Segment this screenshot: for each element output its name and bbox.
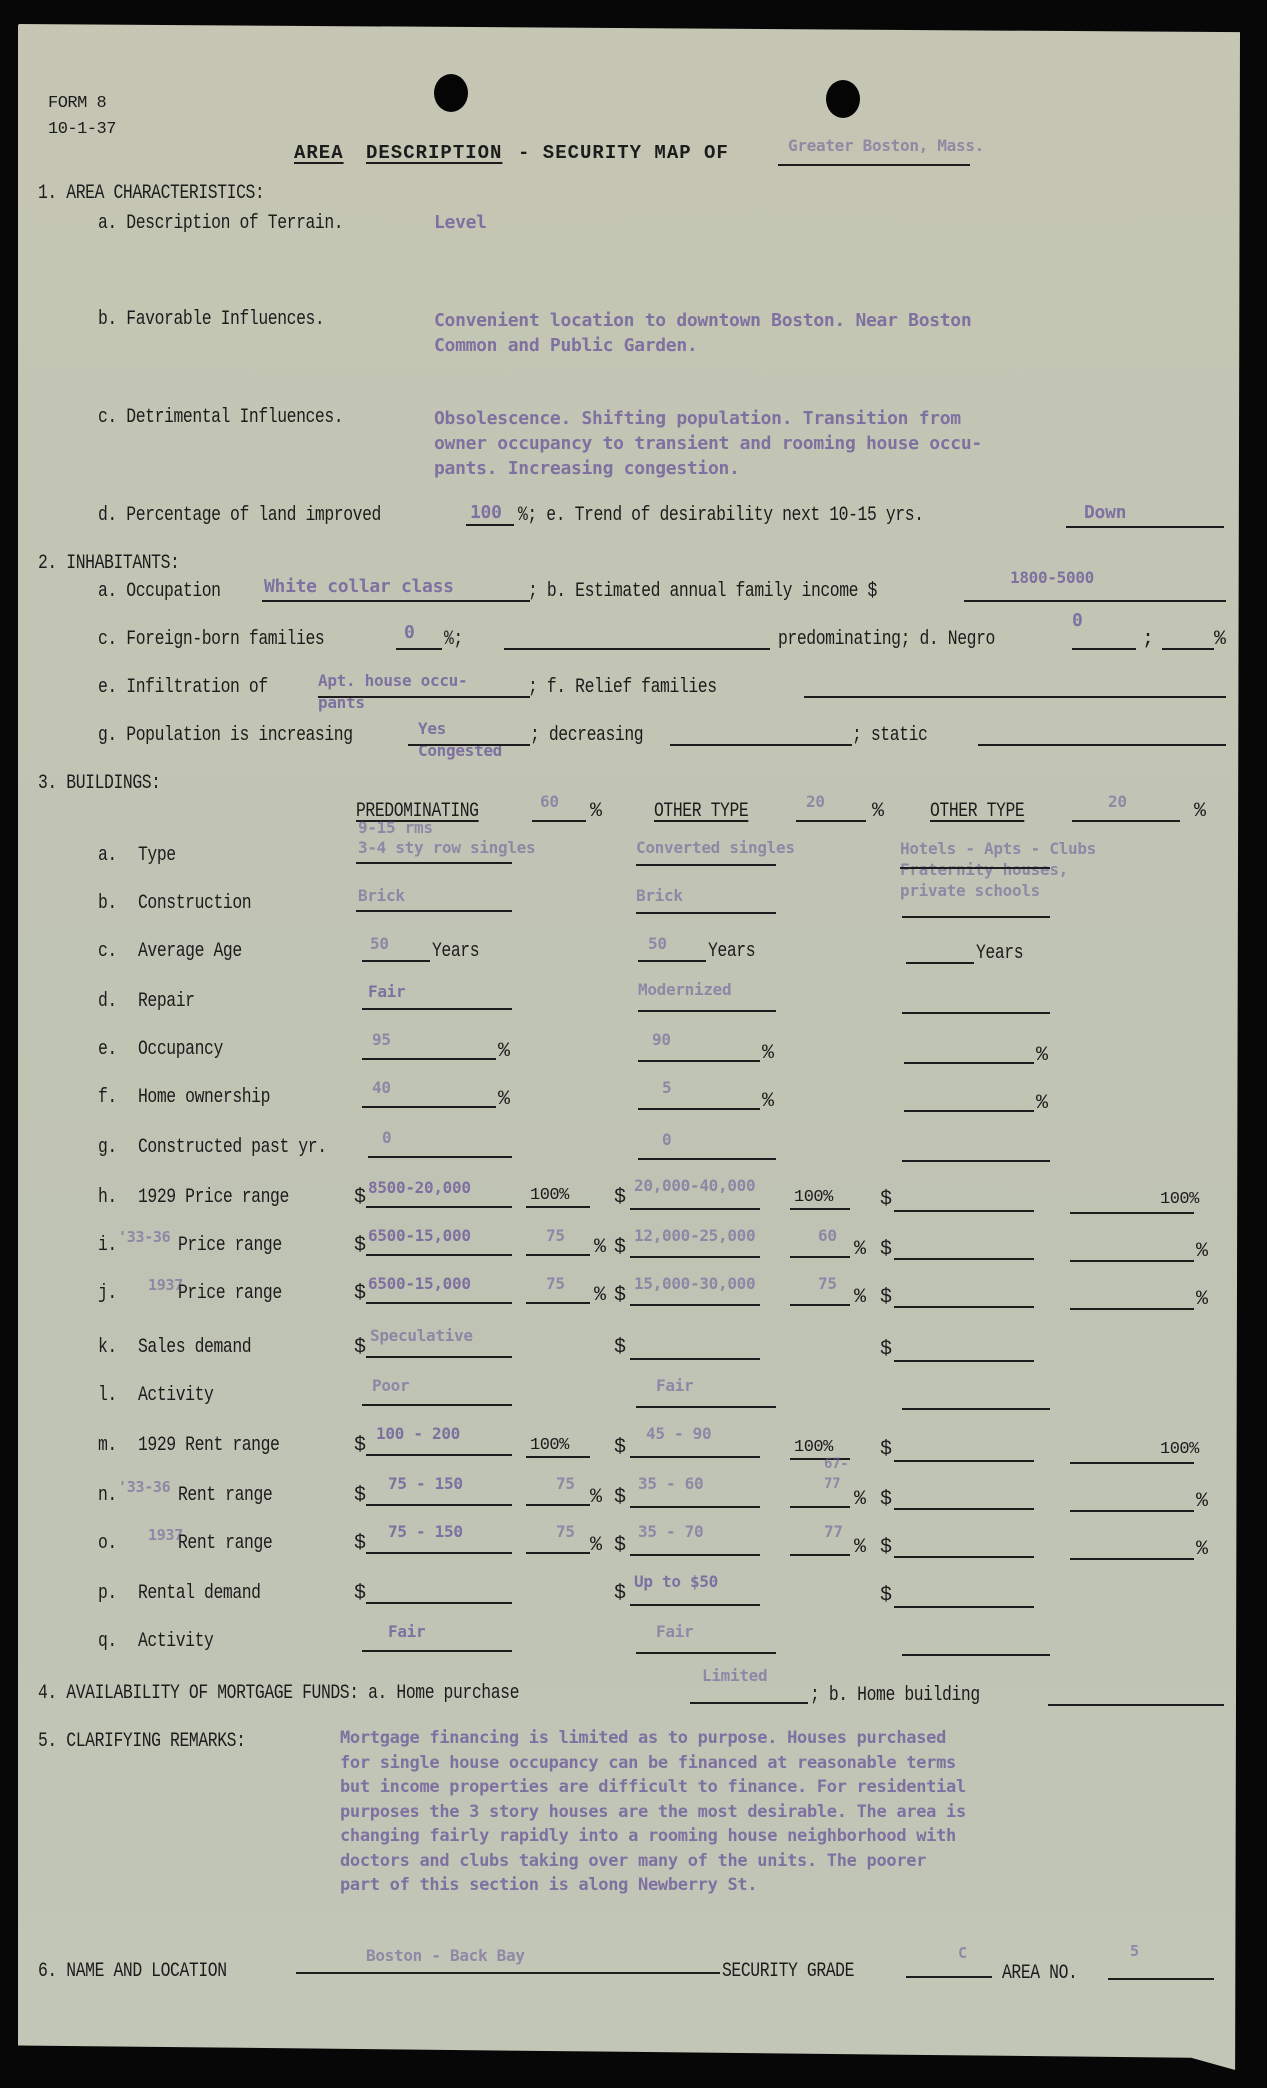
field-underline — [366, 1504, 512, 1506]
field-underline — [366, 1454, 512, 1456]
dollar-sign: $ — [354, 1582, 366, 1605]
field-underline — [630, 1304, 760, 1306]
field-underline — [526, 1504, 590, 1506]
dollar-sign: $ — [880, 1338, 892, 1361]
foreign-born-value[interactable]: 0 — [404, 622, 415, 643]
home-building-label: ; b. Home building — [810, 1684, 980, 1707]
construction-predominating[interactable]: Brick — [358, 886, 405, 905]
repair-predominating[interactable]: Fair — [368, 982, 405, 1001]
field-underline — [894, 1306, 1034, 1308]
row-letter: h. — [98, 1186, 117, 1209]
other-type-1-percent[interactable]: 20 — [806, 792, 825, 811]
name-location-value[interactable]: Boston - Back Bay — [366, 1946, 525, 1965]
row-letter: e. — [98, 1038, 117, 1061]
row-letter: d. — [98, 990, 117, 1013]
row-letter: b. — [98, 892, 117, 915]
static-underline — [978, 744, 1226, 746]
price-33-36-other-1-pct[interactable]: 60 — [818, 1226, 837, 1245]
pct-sign: % — [1196, 1288, 1208, 1311]
home-purchase-underline — [690, 1702, 808, 1704]
field-underline — [638, 1158, 776, 1160]
title-security-map: - SECURITY MAP OF — [518, 142, 729, 164]
rent-33-36-predominating[interactable]: 75 - 150 — [388, 1474, 463, 1493]
document-page: FORM 8 10-1-37 AREA DESCRIPTION - SECURI… — [18, 24, 1240, 2070]
population-label: g. Population is increasing — [98, 724, 353, 747]
row-letter: g. — [98, 1136, 117, 1159]
row-label-33-36-rent: Rent range — [178, 1484, 272, 1507]
field-underline — [630, 1506, 760, 1508]
row-label-rental-activity: Activity — [138, 1630, 213, 1653]
price-1929-other-2-pct: 100% — [1160, 1190, 1199, 1209]
pct-sign: % — [1194, 800, 1206, 823]
field-underline — [630, 1554, 760, 1556]
sales-demand-predominating[interactable]: Speculative — [370, 1326, 473, 1345]
static-label: ; static — [852, 724, 927, 747]
row-label-1937-price: Price range — [178, 1282, 282, 1305]
predominating-percent-underline — [532, 820, 586, 822]
security-grade-label: SECURITY GRADE — [722, 1960, 854, 1983]
row-label-1929-rent: 1929 Rent range — [138, 1434, 279, 1457]
rent-33-36-predominating-pct[interactable]: 75 — [556, 1474, 575, 1493]
field-underline — [630, 1256, 760, 1258]
row-label-repair: Repair — [138, 990, 195, 1013]
ownership-predominating[interactable]: 40 — [372, 1078, 391, 1097]
field-underline — [902, 916, 1050, 918]
field-underline — [900, 867, 1050, 869]
field-underline — [362, 1058, 496, 1060]
age-other-1[interactable]: 50 — [648, 934, 667, 953]
rent-1937-predominating-pct[interactable]: 75 — [556, 1522, 575, 1541]
dollar-sign: $ — [880, 1536, 892, 1559]
row-letter: a. — [98, 844, 117, 867]
income-value[interactable]: 1800-5000 — [1010, 568, 1094, 587]
negro-underline — [1072, 648, 1136, 650]
dollar-sign: $ — [880, 1188, 892, 1211]
dollar-sign: $ — [614, 1534, 626, 1557]
land-improved-label: d. Percentage of land improved — [98, 504, 381, 527]
field-underline — [1070, 1308, 1194, 1310]
row-letter: f. — [98, 1086, 117, 1109]
dollar-sign: $ — [614, 1336, 626, 1359]
negro-value[interactable]: 0 — [1072, 610, 1083, 631]
field-underline — [638, 1108, 760, 1110]
row-letter: q. — [98, 1630, 117, 1653]
predominating-negro-label: predominating; d. Negro — [778, 628, 995, 651]
section-2-heading: 2. INHABITANTS: — [38, 552, 179, 575]
rent-33-36-other-1-pct[interactable]: 67- 77 — [824, 1454, 848, 1494]
field-underline — [526, 1206, 590, 1208]
field-underline — [362, 1008, 512, 1010]
row-label-constructed: Constructed past yr. — [138, 1136, 327, 1159]
field-underline — [630, 1208, 760, 1210]
city-value[interactable]: Greater Boston, Mass. — [788, 136, 984, 155]
security-grade-value[interactable]: C — [958, 1944, 967, 1962]
section-5-heading: 5. CLARIFYING REMARKS: — [38, 1730, 245, 1753]
pct-sign: % — [872, 800, 884, 823]
dollar-sign: $ — [614, 1284, 626, 1307]
pct-sign: % — [854, 1238, 866, 1261]
dollar-sign: $ — [880, 1438, 892, 1461]
row-label-activity: Activity — [138, 1384, 213, 1407]
field-underline — [1070, 1510, 1194, 1512]
rental-activity-predominating[interactable]: Fair — [388, 1622, 425, 1641]
type-other-2[interactable]: Hotels - Apts - Clubs Fraternity houses,… — [900, 838, 1096, 901]
negro-pct-sign: % — [1214, 628, 1226, 651]
land-improved-value[interactable]: 100 — [470, 502, 502, 523]
title-description: DESCRIPTION — [366, 142, 502, 164]
price-33-36-predominating[interactable]: 6500-15,000 — [368, 1226, 471, 1245]
other-type-2-percent-underline — [1072, 820, 1180, 822]
income-label: ; b. Estimated annual family income $ — [528, 580, 877, 603]
years-label: Years — [708, 940, 755, 963]
repair-other-1[interactable]: Modernized — [638, 980, 731, 999]
other-type-2-percent[interactable]: 20 — [1108, 792, 1127, 811]
row-letter: l. — [98, 1384, 117, 1407]
field-underline — [894, 1258, 1034, 1260]
punch-hole — [434, 74, 468, 112]
rental-activity-other-1[interactable]: Fair — [656, 1622, 693, 1641]
price-33-36-predominating-pct[interactable]: 75 — [546, 1226, 565, 1245]
row-label-construction: Construction — [138, 892, 251, 915]
activity-predominating[interactable]: Poor — [372, 1376, 409, 1395]
constructed-other-1[interactable]: 0 — [662, 1130, 671, 1149]
dollar-sign: $ — [354, 1186, 366, 1209]
form-date: 10-1-37 — [48, 120, 116, 139]
field-underline — [906, 962, 974, 964]
age-predominating[interactable]: 50 — [370, 934, 389, 953]
field-underline — [630, 1358, 760, 1360]
foreign-born-pct: %; — [444, 628, 463, 651]
pct-sign: % — [498, 1040, 510, 1063]
pct-sign: % — [854, 1286, 866, 1309]
income-underline — [964, 600, 1226, 602]
dollar-sign: $ — [354, 1434, 366, 1457]
dollar-sign: $ — [354, 1484, 366, 1507]
name-location-underline — [296, 1972, 720, 1974]
negro-separator: ; — [1142, 628, 1154, 651]
field-underline — [638, 1060, 760, 1062]
type-predominating[interactable]: 9-15 rms 3-4 sty row singles — [358, 818, 535, 858]
section-1-heading: 1. AREA CHARACTERISTICS: — [38, 182, 264, 205]
price-1929-other-1[interactable]: 20,000-40,000 — [634, 1176, 755, 1195]
row-label-home-ownership: Home ownership — [138, 1086, 270, 1109]
field-underline — [366, 1552, 512, 1554]
dollar-sign: $ — [880, 1286, 892, 1309]
infiltration-label: e. Infiltration of — [98, 676, 268, 699]
rent-1937-other-1-pct[interactable]: 77 — [824, 1522, 843, 1541]
field-underline — [526, 1552, 590, 1554]
field-underline — [638, 960, 706, 962]
years-label: Years — [432, 940, 479, 963]
trend-value[interactable]: Down — [1084, 502, 1126, 523]
pct-sign: % — [590, 1486, 602, 1509]
rent-1937-other-1[interactable]: 35 - 70 — [638, 1522, 703, 1541]
field-underline — [1070, 1212, 1194, 1214]
row-label-33-36-price: Price range — [178, 1234, 282, 1257]
pct-sign: % — [590, 800, 602, 823]
rental-demand-other-1[interactable]: Up to $50 — [634, 1572, 718, 1591]
year-33-36[interactable]: '33-36 — [118, 1478, 170, 1496]
foreign-born-underline — [396, 648, 442, 650]
occupation-underline — [262, 600, 530, 602]
increasing-underline — [408, 744, 530, 746]
pct-sign: % — [854, 1488, 866, 1511]
pct-sign: % — [594, 1284, 606, 1307]
field-underline — [894, 1360, 1034, 1362]
rent-1937-predominating[interactable]: 75 - 150 — [388, 1522, 463, 1541]
punch-hole — [826, 80, 860, 118]
dollar-sign: $ — [614, 1236, 626, 1259]
field-underline — [790, 1208, 850, 1210]
row-label-1937-rent: Rent range — [178, 1532, 272, 1555]
row-label-1929-price: 1929 Price range — [138, 1186, 289, 1209]
dollar-sign: $ — [354, 1336, 366, 1359]
price-1937-other-1-pct[interactable]: 75 — [818, 1274, 837, 1293]
field-underline — [902, 1160, 1050, 1162]
field-underline — [526, 1456, 590, 1458]
row-letter: m. — [98, 1434, 117, 1457]
relief-families-label: ; f. Relief families — [528, 676, 717, 699]
title-area: AREA — [294, 142, 344, 164]
price-1929-other-1-pct: 100% — [794, 1188, 833, 1207]
field-underline — [630, 1604, 760, 1606]
dollar-sign: $ — [354, 1234, 366, 1257]
field-underline — [790, 1554, 850, 1556]
pct-sign: % — [854, 1536, 866, 1559]
field-underline — [894, 1556, 1034, 1558]
other-type-1-percent-underline — [796, 820, 866, 822]
price-1937-predominating-pct[interactable]: 75 — [546, 1274, 565, 1293]
dollar-sign: $ — [880, 1238, 892, 1261]
row-letter: i. — [98, 1234, 117, 1257]
field-underline — [366, 1206, 512, 1208]
constructed-predominating[interactable]: 0 — [382, 1128, 391, 1147]
land-improved-underline — [466, 524, 514, 526]
favorable-label: b. Favorable Influences. — [98, 308, 324, 331]
terrain-value[interactable]: Level — [434, 212, 487, 233]
field-underline — [1070, 1260, 1194, 1262]
row-letter: j. — [98, 1282, 117, 1305]
occupation-label: a. Occupation — [98, 580, 221, 603]
rent-1929-other-1[interactable]: 45 - 90 — [646, 1424, 711, 1443]
foreign-born-label: c. Foreign-born families — [98, 628, 324, 651]
area-number-label: AREA NO. — [1002, 1962, 1077, 1985]
dollar-sign: $ — [880, 1584, 892, 1607]
terrain-label: a. Description of Terrain. — [98, 212, 343, 235]
infiltration-value[interactable]: Apt. house occu- pants — [318, 670, 467, 714]
rent-33-36-other-1[interactable]: 35 - 60 — [638, 1474, 703, 1493]
relief-families-underline — [804, 696, 1226, 698]
field-underline — [526, 1254, 590, 1256]
rent-1929-predominating-pct: 100% — [530, 1436, 569, 1455]
field-underline — [356, 862, 512, 864]
field-underline — [790, 1256, 850, 1258]
construction-other-1[interactable]: Brick — [636, 886, 683, 905]
pct-sign: % — [594, 1236, 606, 1259]
price-33-36-other-1[interactable]: 12,000-25,000 — [634, 1226, 755, 1245]
security-grade-underline — [906, 1976, 992, 1978]
nationality-underline — [504, 648, 770, 650]
trend-underline — [1066, 526, 1224, 528]
field-underline — [902, 1012, 1050, 1014]
years-label: Years — [976, 942, 1023, 965]
pct-sign: % — [1036, 1092, 1048, 1115]
field-underline — [902, 1408, 1050, 1410]
row-letter: n. — [98, 1484, 117, 1507]
field-underline — [366, 1602, 512, 1604]
home-purchase-value[interactable]: Limited — [702, 1666, 767, 1685]
field-underline — [1070, 1462, 1194, 1464]
row-letter: k. — [98, 1336, 117, 1359]
price-1929-predominating-pct: 100% — [530, 1186, 569, 1205]
price-1937-other-1[interactable]: 15,000-30,000 — [634, 1274, 755, 1293]
field-underline — [1070, 1558, 1194, 1560]
field-underline — [362, 960, 430, 962]
population-increasing-value[interactable]: Yes Congested — [418, 718, 502, 762]
field-underline — [894, 1460, 1034, 1462]
pct-sign: % — [590, 1534, 602, 1557]
area-number-value[interactable]: 5 — [1130, 1942, 1139, 1960]
pct-sign: % — [1196, 1240, 1208, 1263]
dollar-sign: $ — [354, 1282, 366, 1305]
price-1929-predominating[interactable]: 8500-20,000 — [368, 1178, 471, 1197]
pct-sign: % — [1036, 1044, 1048, 1067]
row-letter: p. — [98, 1582, 117, 1605]
field-underline — [902, 1654, 1050, 1656]
pct-sign: % — [1196, 1490, 1208, 1513]
field-underline — [366, 1356, 512, 1358]
pct-sign: % — [1196, 1538, 1208, 1561]
field-underline — [894, 1606, 1034, 1608]
dollar-sign: $ — [614, 1186, 626, 1209]
field-underline — [638, 1010, 776, 1012]
occupancy-other-1[interactable]: 90 — [652, 1030, 671, 1049]
city-underline — [778, 164, 970, 166]
detrimental-value[interactable]: Obsolescence. Shifting population. Trans… — [434, 406, 982, 481]
dollar-sign: $ — [614, 1582, 626, 1605]
field-underline — [894, 1210, 1034, 1212]
favorable-value[interactable]: Convenient location to downtown Boston. … — [434, 308, 971, 358]
row-label-type: Type — [138, 844, 176, 867]
area-number-underline — [1108, 1978, 1214, 1980]
pct-sign: % — [498, 1088, 510, 1111]
field-underline — [904, 1062, 1034, 1064]
field-underline — [368, 1156, 512, 1158]
rent-1929-other-2-pct: 100% — [1160, 1440, 1199, 1459]
field-underline — [636, 912, 776, 914]
dollar-sign: $ — [880, 1488, 892, 1511]
dollar-sign: $ — [354, 1532, 366, 1555]
row-letter: o. — [98, 1532, 117, 1555]
home-building-underline — [1048, 1704, 1224, 1706]
field-underline — [630, 1456, 760, 1458]
field-underline — [526, 1302, 590, 1304]
form-number: FORM 8 — [48, 94, 106, 113]
negro-pct-underline — [1162, 648, 1214, 650]
decreasing-underline — [670, 744, 852, 746]
dollar-sign: $ — [614, 1436, 626, 1459]
ownership-other-1[interactable]: 5 — [662, 1078, 671, 1097]
field-underline — [790, 1304, 850, 1306]
section-4-heading: 4. AVAILABILITY OF MORTGAGE FUNDS: a. Ho… — [38, 1682, 519, 1705]
row-label-average-age: Average Age — [138, 940, 242, 963]
pct-sign: % — [762, 1090, 774, 1113]
detrimental-label: c. Detrimental Influences. — [98, 406, 343, 429]
field-underline — [366, 1302, 512, 1304]
column-header-other-type-2: OTHER TYPE — [930, 800, 1024, 823]
pct-sign: % — [762, 1042, 774, 1065]
field-underline — [362, 1404, 512, 1406]
decreasing-label: ; decreasing — [530, 724, 643, 747]
year-33-36[interactable]: '33-36 — [118, 1228, 170, 1246]
field-underline — [636, 1652, 776, 1654]
rent-1929-predominating[interactable]: 100 - 200 — [376, 1424, 460, 1443]
section-3-heading: 3. BUILDINGS: — [38, 772, 161, 795]
clarifying-remarks[interactable]: Mortgage financing is limited as to purp… — [340, 1726, 966, 1898]
field-underline — [904, 1110, 1034, 1112]
row-label-rental-demand: Rental demand — [138, 1582, 261, 1605]
field-underline — [636, 1406, 776, 1408]
name-location-label: 6. NAME AND LOCATION — [38, 1960, 227, 1983]
column-header-other-type-1: OTHER TYPE — [654, 800, 748, 823]
occupation-value[interactable]: White collar class — [264, 576, 454, 597]
predominating-percent[interactable]: 60 — [540, 792, 559, 811]
field-underline — [366, 1254, 512, 1256]
row-label-occupancy: Occupancy — [138, 1038, 223, 1061]
field-underline — [362, 1106, 496, 1108]
row-letter: c. — [98, 940, 117, 963]
activity-other-1[interactable]: Fair — [656, 1376, 693, 1395]
infiltration-underline — [318, 696, 530, 698]
field-underline — [356, 910, 512, 912]
type-other-1[interactable]: Converted singles — [636, 838, 795, 857]
field-underline — [362, 1650, 512, 1652]
trend-label: %; e. Trend of desirability next 10-15 y… — [518, 504, 924, 527]
field-underline — [790, 1506, 850, 1508]
dollar-sign: $ — [614, 1486, 626, 1509]
field-underline — [894, 1508, 1034, 1510]
field-underline — [636, 864, 776, 866]
price-1937-predominating[interactable]: 6500-15,000 — [368, 1274, 471, 1293]
row-label-sales-demand: Sales demand — [138, 1336, 251, 1359]
occupancy-predominating[interactable]: 95 — [372, 1030, 391, 1049]
